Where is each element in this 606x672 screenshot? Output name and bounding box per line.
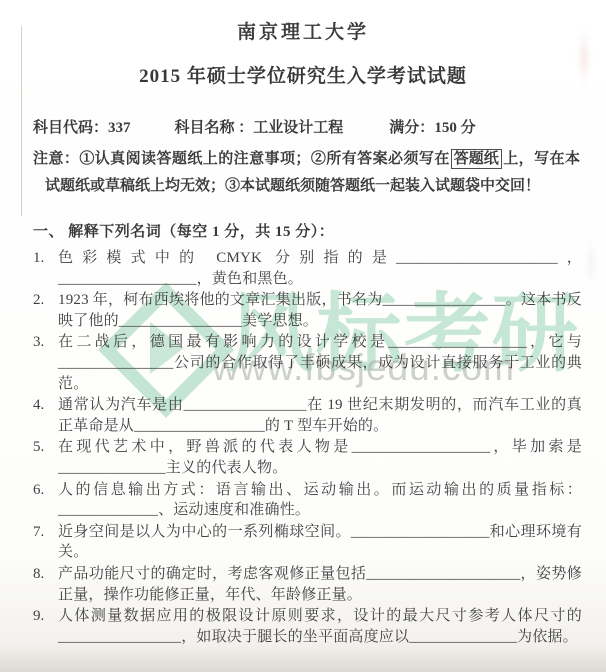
question-number: 4. <box>33 395 58 436</box>
question-number: 2. <box>33 290 58 331</box>
section-heading: 一、 解释下列名词（每空 1 分，共 15 分）： <box>33 220 580 241</box>
subject-name-value: 工业设计工程 <box>253 116 343 137</box>
university-title: 南京理工大学 <box>0 17 606 44</box>
exam-notice: 注意：①认真阅读答题纸上的注意事项；②所有答案必须写在答题纸上，写在本试题纸或草… <box>45 146 580 199</box>
question-row-4: 4. 通常认为汽车是由________________在 19 世纪末期发明的，… <box>33 395 582 436</box>
question-row-8: 8. 产品功能尺寸的确定时，考虑客观修正量包括_________________… <box>33 564 582 605</box>
exam-title: 2015 年硕士学位研究生入学考试试题 <box>0 61 606 88</box>
notice-text-1: ①认真阅读答题纸上的注意事项；②所有答案必须写在 <box>79 151 449 167</box>
question-text: 人的信息输出方式：语言输出、运动输出。而运动输出的质量指标：__________… <box>58 480 582 521</box>
question-number: 8. <box>33 564 58 605</box>
question-text: 通常认为汽车是由________________在 19 世纪末期发明的，而汽车… <box>58 395 582 436</box>
question-row-3: 3. 在二战后，德国最有影响力的设计学校是__________________，… <box>33 332 582 394</box>
subject-name-label: 科目名称 ： <box>175 116 254 137</box>
question-number: 6. <box>33 480 58 521</box>
question-list: 1. 色彩模式中的 CMYK 分别指的是____________________… <box>33 248 582 647</box>
question-number: 7. <box>33 522 58 563</box>
question-text: 在现代艺术中，野兽派的代表人物是__________________，毕加索是_… <box>58 437 582 478</box>
question-number: 3. <box>33 332 58 394</box>
question-text: 产品功能尺寸的确定时，考虑客观修正量包括____________________… <box>58 564 582 605</box>
subject-code-label: 科目代码： <box>33 116 108 137</box>
question-row-2: 2. 1923 年，柯布西埃将他的文章汇集出版，书名为_____________… <box>33 290 582 331</box>
exam-paper: 南京理工大学 2015 年硕士学位研究生入学考试试题 科目代码：337 科目名称… <box>0 0 606 672</box>
full-score-label: 满分： <box>389 116 434 137</box>
question-row-5: 5. 在现代艺术中，野兽派的代表人物是__________________，毕加… <box>33 437 582 478</box>
boxed-answer-sheet: 答题纸 <box>451 149 502 169</box>
question-text: 在二战后，德国最有影响力的设计学校是__________________，它与_… <box>58 332 582 394</box>
subject-code-value: 337 <box>108 120 131 137</box>
question-row-7: 7. 近身空间是以人为中心的一系列椭球空间。__________________… <box>33 522 582 563</box>
question-number: 9. <box>33 606 58 647</box>
full-score-value: 150 分 <box>434 116 475 137</box>
question-text: 近身空间是以人为中心的一系列椭球空间。__________________和心理… <box>58 522 582 563</box>
notice-label: 注意： <box>33 151 79 167</box>
subject-info-row: 科目代码：337 科目名称 ：工业设计工程 满分：150 分 <box>33 116 578 137</box>
question-row-9: 9. 人体测量数据应用的极限设计原则要求，设计的最大尺寸参考人体尺寸的_____… <box>33 606 582 647</box>
question-text: 色彩模式中的 CMYK 分别指的是_____________________，_… <box>58 248 582 289</box>
question-text: 1923 年，柯布西埃将他的文章汇集出版，书名为________________… <box>58 290 582 331</box>
question-number: 1. <box>33 248 58 289</box>
question-text: 人体测量数据应用的极限设计原则要求，设计的最大尺寸参考人体尺寸的________… <box>58 606 582 647</box>
question-number: 5. <box>33 437 58 478</box>
scan-bottom-shading <box>0 646 606 672</box>
question-row-1: 1. 色彩模式中的 CMYK 分别指的是____________________… <box>33 248 582 289</box>
question-row-6: 6. 人的信息输出方式：语言输出、运动输出。而运动输出的质量指标：_______… <box>33 480 582 521</box>
